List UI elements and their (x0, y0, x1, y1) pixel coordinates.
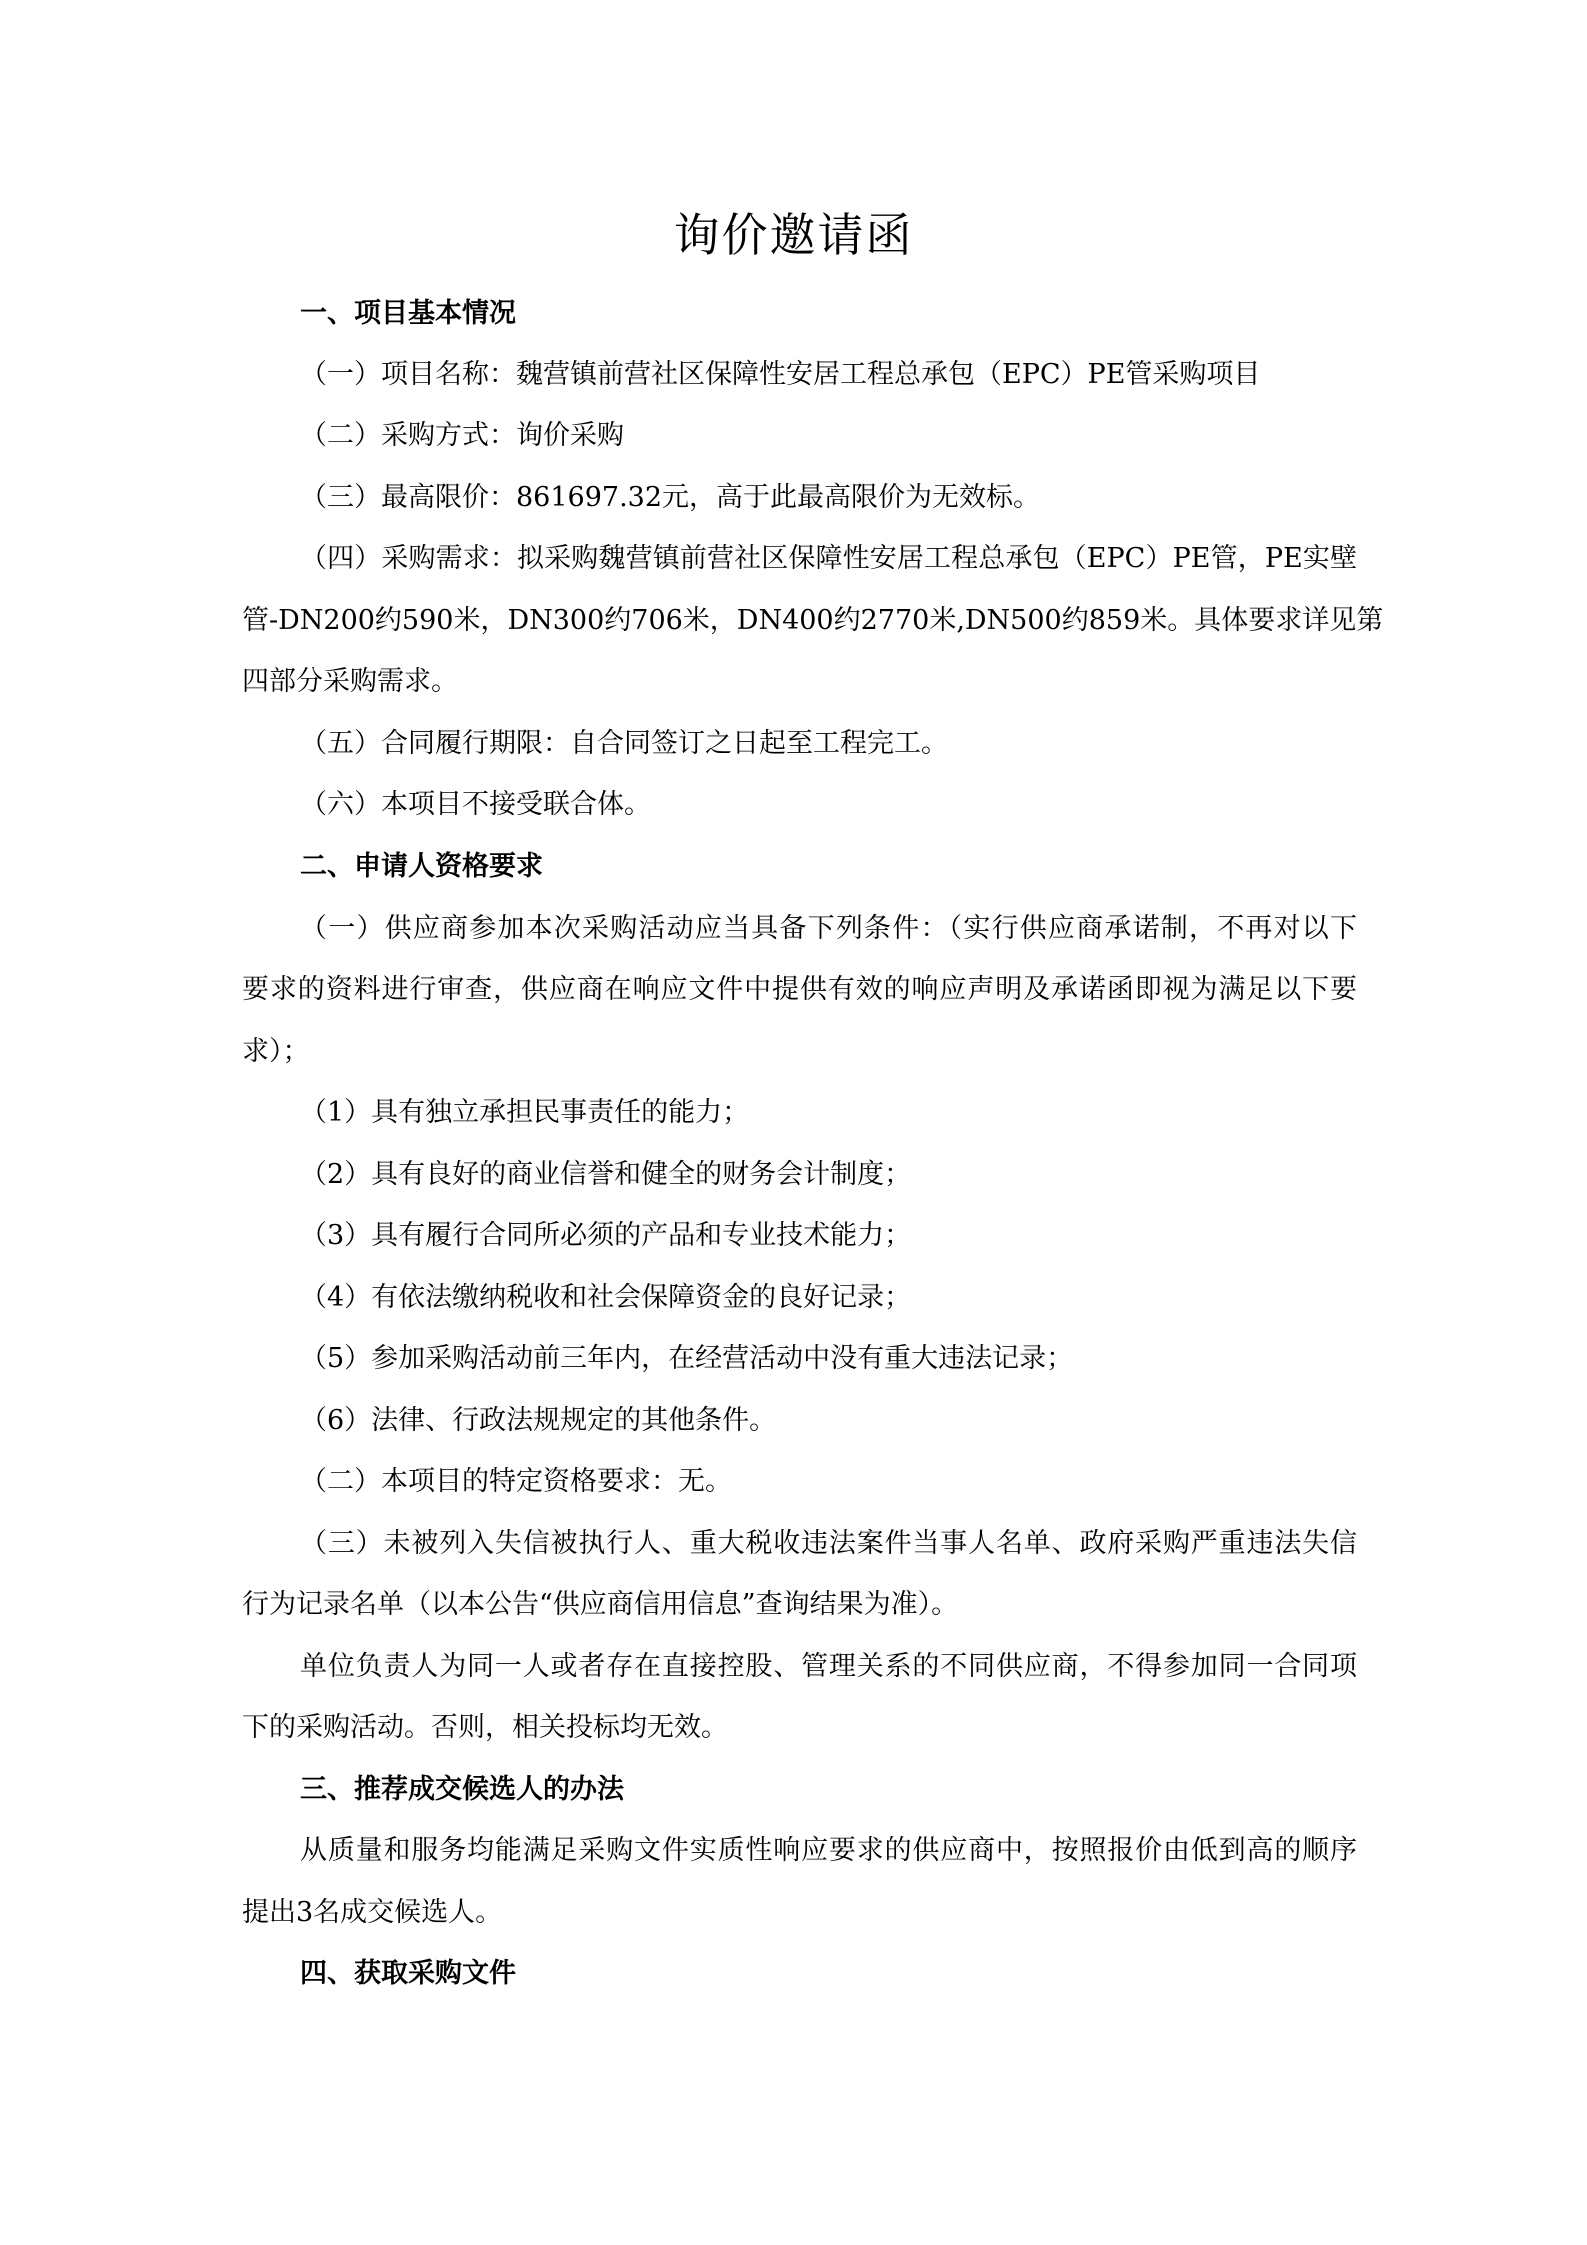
contract-period-line: （五）合同履行期限：自合同签订之日起至工程完工。 (300, 726, 1357, 762)
document-page: 询价邀请函 一、项目基本情况 （一）项目名称：魏营镇前营社区保障性安居工程总承包… (0, 0, 1587, 2245)
section-heading-2: 二、申请人资格要求 (300, 849, 1415, 885)
procurement-demand-line-3: 四部分采购需求。 (242, 664, 1357, 700)
section-heading-3: 三、推荐成交候选人的办法 (300, 1772, 1415, 1808)
max-price-line: （三）最高限价：861697.32元，高于此最高限价为无效标。 (300, 480, 1357, 516)
requirement-item-3: （3）具有履行合同所必须的产品和专业技术能力； (300, 1218, 1357, 1254)
candidate-method-line-1: 从质量和服务均能满足采购文件实质性响应要求的供应商中，按照报价由低到高的顺序 (300, 1833, 1357, 1869)
procurement-demand-line-1: （四）采购需求：拟采购魏营镇前营社区保障性安居工程总承包（EPC）PE管，PE实… (300, 541, 1357, 577)
procurement-demand-line-2: 管-DN200约590米，DN300约706米，DN400约2770米,DN50… (242, 603, 1357, 639)
specific-qualification-line: （二）本项目的特定资格要求：无。 (300, 1464, 1357, 1500)
affiliated-supplier-line-2: 下的采购活动。否则，相关投标均无效。 (242, 1710, 1357, 1746)
requirement-item-1: （1）具有独立承担民事责任的能力； (300, 1095, 1357, 1131)
project-name-line: （一）项目名称：魏营镇前营社区保障性安居工程总承包（EPC）PE管采购项目 (300, 357, 1357, 393)
requirement-item-2: （2）具有良好的商业信誉和健全的财务会计制度； (300, 1157, 1357, 1193)
procurement-method-line: （二）采购方式：询价采购 (300, 418, 1357, 454)
requirement-item-6: （6）法律、行政法规规定的其他条件。 (300, 1403, 1357, 1439)
qualification-intro-line-2: 要求的资料进行审查，供应商在响应文件中提供有效的响应声明及承诺函即视为满足以下要 (242, 972, 1357, 1008)
candidate-method-line-2: 提出3名成交候选人。 (242, 1895, 1357, 1931)
section-heading-4: 四、获取采购文件 (300, 1956, 1415, 1992)
qualification-intro-line-3: 求）； (242, 1034, 1357, 1070)
requirement-item-5: （5）参加采购活动前三年内，在经营活动中没有重大违法记录； (300, 1341, 1357, 1377)
qualification-intro-line-1: （一）供应商参加本次采购活动应当具备下列条件：（实行供应商承诺制，不再对以下 (300, 911, 1357, 947)
section-heading-1: 一、项目基本情况 (300, 296, 1415, 332)
affiliated-supplier-line-1: 单位负责人为同一人或者存在直接控股、管理关系的不同供应商，不得参加同一合同项 (300, 1649, 1357, 1685)
no-consortium-line: （六）本项目不接受联合体。 (300, 787, 1357, 823)
document-title: 询价邀请函 (0, 205, 1587, 265)
credit-requirement-line-1: （三）未被列入失信被执行人、重大税收违法案件当事人名单、政府采购严重违法失信 (300, 1526, 1357, 1562)
requirement-item-4: （4）有依法缴纳税收和社会保障资金的良好记录； (300, 1280, 1357, 1316)
credit-requirement-line-2: 行为记录名单（以本公告“供应商信用信息”查询结果为准）。 (242, 1587, 1357, 1623)
